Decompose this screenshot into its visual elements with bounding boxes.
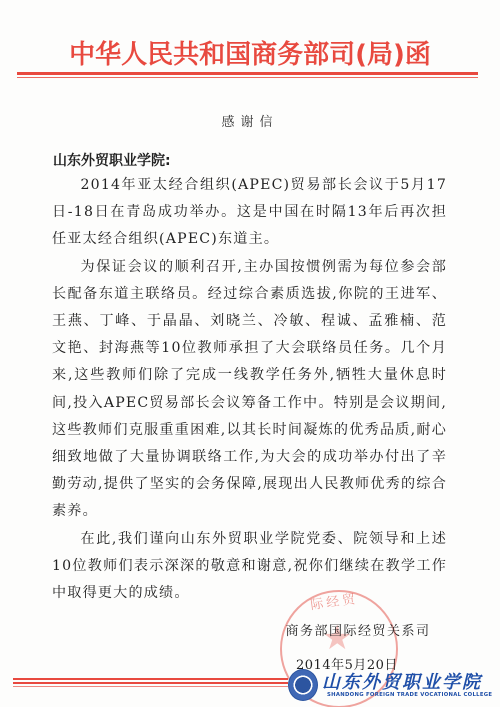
- paragraph-1: 2014年亚太经合组织(APEC)贸易部长会议于5月17日-18日在青岛成功举办…: [52, 172, 447, 254]
- paragraph-3: 在此,我们谨向山东外贸职业学院党委、院领导和上述10位教师们表示深深的敬意和谢意…: [52, 526, 447, 608]
- footer-rule: [13, 678, 288, 680]
- letterhead-rule-thin: [17, 77, 478, 78]
- footer-rule: [13, 686, 288, 687]
- footer-rule: [13, 682, 288, 684]
- college-name-chinese: 山东外贸职业学院: [322, 668, 482, 694]
- paragraph-2: 为保证会议的顺利召开,主办国按惯例需为每位参会部长配备东道主联络员。经过综合素质…: [52, 254, 447, 526]
- letter-body: 2014年亚太经合组织(APEC)贸易部长会议于5月17日-18日在青岛成功举办…: [52, 172, 447, 607]
- college-name-english: SHANDONG FOREIGN TRADE VOCATIONAL COLLEG…: [327, 692, 492, 698]
- college-emblem-icon: [288, 669, 318, 701]
- letter-title: 感谢信: [0, 111, 500, 130]
- signature-department: 商务部国际经贸关系司: [258, 620, 458, 639]
- letterhead-title: 中华人民共和国商务部司(局)函: [0, 34, 500, 71]
- letterhead-rule-thick: [17, 72, 478, 75]
- salutation: 山东外贸职业学院:: [53, 150, 171, 170]
